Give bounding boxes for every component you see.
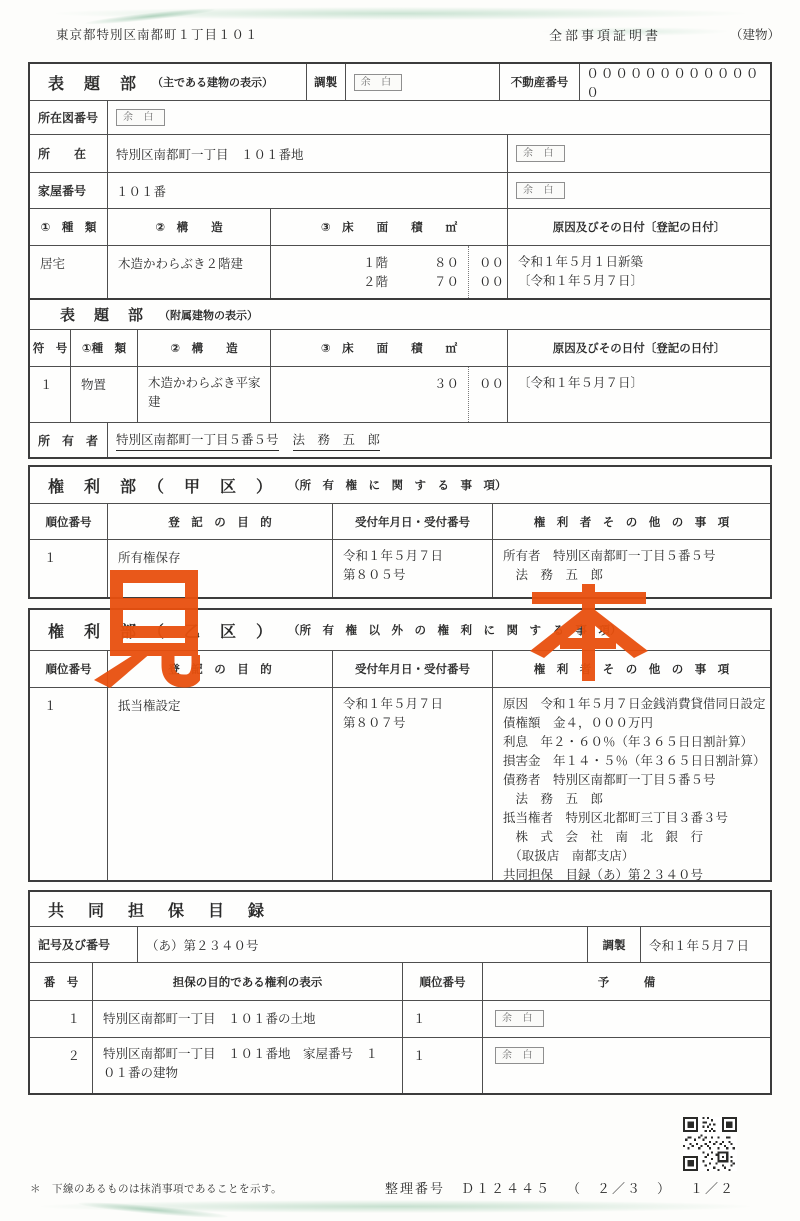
col-type: ①種 類 <box>70 330 137 366</box>
annex-floor-area-cell: ３０ ００ <box>270 367 507 422</box>
registration-purpose: 所有権保存 <box>107 540 332 597</box>
location-row: 所 在 特別区南都町一丁目 １０１番地 余 白 <box>30 134 770 172</box>
col-structure: ② 構 造 <box>107 209 270 245</box>
col-rank: 順位番号 <box>402 963 482 1000</box>
holder-details: 原因 令和１年５月７日金銭消費貸借同日設定 債権額 金４，０００万円 利息 年２… <box>492 688 770 880</box>
reserve-cell: 余 白 <box>482 1038 770 1093</box>
floor-area-int: ８０ <box>388 254 469 273</box>
column-header-row: 順位番号 登 記 の 目 的 受付年月日・受付番号 権 利 者 そ の 他 の … <box>30 650 770 687</box>
col-number: 番 号 <box>30 963 92 1000</box>
rank-number: １ <box>30 688 107 880</box>
scan-artifact <box>85 6 215 27</box>
title-row: 表 題 部 （主である建物の表示） 調製 余 白 不動産番号 ０００００００００… <box>30 64 770 100</box>
section-heading-note: （主である建物の表示） <box>152 74 273 90</box>
section-heading-cell: 表 題 部 （主である建物の表示） <box>30 64 306 100</box>
rank-number: １ <box>402 1001 482 1037</box>
col-purpose: 登 記 の 目 的 <box>107 651 332 687</box>
owner-name: 法 務 五 郎 <box>293 430 381 451</box>
chousei-label: 調製 <box>306 64 345 100</box>
entry-number: ２ <box>30 1038 92 1093</box>
floor-label: ２階 <box>363 273 388 292</box>
right-display: 特別区南都町一丁目 １０１番地 家屋番号 １ ０１番の建物 <box>92 1038 402 1093</box>
floor-label: １階 <box>363 254 388 273</box>
owner-label: 所 有 者 <box>30 423 107 457</box>
col-purpose: 登 記 の 目 的 <box>107 504 332 539</box>
title-section-table: 表 題 部 （主である建物の表示） 調製 余 白 不動産番号 ０００００００００… <box>28 62 772 459</box>
building-type: 居宅 <box>30 246 107 298</box>
owner-row: 所 有 者 特別区南都町一丁目５番５号 法 務 五 郎 <box>30 422 770 457</box>
annex-heading-cell: 表 題 部 （附属建物の表示） <box>30 300 770 329</box>
receipt-date-number: 令和１年５月７日 第８０５号 <box>332 540 492 597</box>
reserve-cell: 余 白 <box>482 1001 770 1037</box>
floor-area-dec: ００ <box>469 254 507 273</box>
rights-section-b-table: 権 利 部 （ 乙 区 ） （所 有 権 以 外 の 権 利 に 関 す る 事… <box>28 608 772 882</box>
section-heading: 権 利 部 （ 甲 区 ） <box>48 474 274 497</box>
floor-line: １階 ８０ ００ <box>271 246 507 273</box>
document-kind: （建物） <box>730 25 780 43</box>
page-number: １／２ <box>690 1178 735 1197</box>
annex-type: 物置 <box>70 367 137 422</box>
column-header-row: 番 号 担保の目的である権利の表示 順位番号 予 備 <box>30 962 770 1000</box>
map-number-value-cell: 余 白 <box>107 101 770 134</box>
serial-number-label: 整理番号 <box>385 1178 445 1197</box>
annex-heading-note: （附属建物の表示） <box>159 307 258 323</box>
table-row: １ 所有権保存 令和１年５月７日 第８０５号 所有者 特別区南都町一丁目５番５号… <box>30 539 770 597</box>
main-building-row: 居宅 木造かわらぶき２階建 １階 ８０ ００ ２階 ７０ ００ 令和１年５月１日… <box>30 245 770 298</box>
location-value: 特別区南都町一丁目 １０１番地 <box>107 135 507 172</box>
col-symbol: 符 号 <box>30 330 70 366</box>
col-floor-area: ③ 床 面 積 ㎡ <box>270 209 507 245</box>
decimal-rule <box>468 367 469 422</box>
certificate-page: 東京都特別区南都町１丁目１０１ 全部事項証明書 （建物） 表 題 部 （主である… <box>0 0 800 1221</box>
floor-line: ２階 ７０ ００ <box>271 273 507 292</box>
col-cause: 原因及びその日付〔登記の日付〕 <box>507 330 770 366</box>
symbol-number-row: 記号及び番号 （あ）第２３４０号 調製 令和１年５月７日 <box>30 926 770 962</box>
col-holder: 権 利 者 そ の 他 の 事 項 <box>492 651 770 687</box>
qr-code <box>683 1117 737 1171</box>
section-heading: 共 同 担 保 目 録 <box>48 898 268 921</box>
scan-artifact <box>55 7 745 20</box>
house-number-value: １０１番 <box>107 173 507 208</box>
map-number-row: 所在図番号 余 白 <box>30 100 770 134</box>
section-heading-note: （所 有 権 以 外 の 権 利 に 関 す る 事 項） <box>288 622 622 638</box>
floor-area-dec: ００ <box>469 273 507 292</box>
chousei-value-cell: 余 白 <box>345 64 499 100</box>
floor-area-int: ７０ <box>388 273 469 292</box>
col-structure: ② 構 造 <box>137 330 270 366</box>
property-address-header: 東京都特別区南都町１丁目１０１ <box>56 25 259 43</box>
title-row: 共 同 担 保 目 録 <box>30 892 770 926</box>
floor-area-cell: １階 ８０ ００ ２階 ７０ ００ <box>270 246 507 298</box>
rank-number: １ <box>30 540 107 597</box>
column-header-row: 順位番号 登 記 の 目 的 受付年月日・受付番号 権 利 者 そ の 他 の … <box>30 503 770 539</box>
annex-building-row: １ 物置 木造かわらぶき平家 建 ３０ ００ 〔令和１年５月７日〕 <box>30 366 770 422</box>
location-label: 所 在 <box>30 135 107 172</box>
table-row: １ 抵当権設定 令和１年５月７日 第８０７号 原因 令和１年５月７日金銭消費貸借… <box>30 687 770 880</box>
decimal-rule <box>468 246 469 298</box>
col-holder: 権 利 者 そ の 他 の 事 項 <box>492 504 770 539</box>
registration-cause: 令和１年５月１日新築 〔令和１年５月７日〕 <box>507 246 770 298</box>
property-number-value: ０００００００００００００ <box>579 64 770 100</box>
symbol-number-value: （あ）第２３４０号 <box>137 927 587 962</box>
property-number-label: 不動産番号 <box>499 64 579 100</box>
house-number-label: 家屋番号 <box>30 173 107 208</box>
registration-purpose: 抵当権設定 <box>107 688 332 880</box>
annex-symbol: １ <box>30 367 70 422</box>
section-heading: 権 利 部 （ 乙 区 ） <box>48 619 274 642</box>
col-type: ① 種 類 <box>30 209 107 245</box>
section-heading-note: （所 有 権 に 関 す る 事 項） <box>288 477 507 493</box>
section-heading-cell: 権 利 部 （ 乙 区 ） （所 有 権 以 外 の 権 利 に 関 す る 事… <box>30 610 770 650</box>
building-structure: 木造かわらぶき２階建 <box>107 246 270 298</box>
chousei-date: 令和１年５月７日 <box>640 927 770 962</box>
col-floor-area: ③ 床 面 積 ㎡ <box>270 330 507 366</box>
col-cause: 原因及びその日付〔登記の日付〕 <box>507 209 770 245</box>
column-header-row: ① 種 類 ② 構 造 ③ 床 面 積 ㎡ 原因及びその日付〔登記の日付〕 <box>30 208 770 245</box>
document-title: 全部事項証明書 <box>549 25 661 44</box>
col-display: 担保の目的である権利の表示 <box>92 963 402 1000</box>
col-rank: 順位番号 <box>30 504 107 539</box>
col-rank: 順位番号 <box>30 651 107 687</box>
joint-collateral-table: 共 同 担 保 目 録 記号及び番号 （あ）第２３４０号 調製 令和１年５月７日… <box>28 890 772 1095</box>
blank-stamp: 余 白 <box>516 182 565 199</box>
floor-area-int: ３０ <box>271 375 469 394</box>
table-row: １ 特別区南都町一丁目 １０１番の土地 １ 余 白 <box>30 1000 770 1037</box>
rank-number: １ <box>402 1038 482 1093</box>
col-receipt: 受付年月日・受付番号 <box>332 651 492 687</box>
floor-line: ３０ ００ <box>271 367 507 394</box>
symbol-number-label: 記号及び番号 <box>30 927 137 962</box>
owner-value-cell: 特別区南都町一丁目５番５号 法 務 五 郎 <box>107 423 770 457</box>
owner-address: 特別区南都町一丁目５番５号 <box>116 430 279 451</box>
house-number-blank-cell: 余 白 <box>507 173 770 208</box>
col-reserve: 予 備 <box>482 963 770 1000</box>
annex-registration-cause: 〔令和１年５月７日〕 <box>507 367 770 422</box>
location-blank-cell: 余 白 <box>507 135 770 172</box>
blank-stamp: 余 白 <box>516 145 565 162</box>
right-display: 特別区南都町一丁目 １０１番の土地 <box>92 1001 402 1037</box>
annex-heading: 表 題 部 <box>60 304 145 325</box>
receipt-date-number: 令和１年５月７日 第８０７号 <box>332 688 492 880</box>
house-number-row: 家屋番号 １０１番 余 白 <box>30 172 770 208</box>
annex-title-row: 表 題 部 （附属建物の表示） <box>30 298 770 329</box>
serial-number-value: Ｄ１２４４５ <box>461 1178 551 1197</box>
floor-area-dec: ００ <box>469 375 507 394</box>
annex-structure: 木造かわらぶき平家 建 <box>137 367 270 422</box>
section-heading-cell: 権 利 部 （ 甲 区 ） （所 有 権 に 関 す る 事 項） <box>30 467 770 503</box>
title-row: 権 利 部 （ 甲 区 ） （所 有 権 に 関 す る 事 項） <box>30 467 770 503</box>
col-receipt: 受付年月日・受付番号 <box>332 504 492 539</box>
blank-stamp: 余 白 <box>354 74 403 91</box>
section-heading: 表 題 部 <box>48 71 138 94</box>
rights-section-a-table: 権 利 部 （ 甲 区 ） （所 有 権 に 関 す る 事 項） 順位番号 登… <box>28 465 772 599</box>
title-row: 権 利 部 （ 乙 区 ） （所 有 権 以 外 の 権 利 に 関 す る 事… <box>30 610 770 650</box>
sheet-number: （ ２／３ ） <box>567 1178 672 1197</box>
entry-number: １ <box>30 1001 92 1037</box>
map-number-label: 所在図番号 <box>30 101 107 134</box>
blank-stamp: 余 白 <box>495 1047 544 1064</box>
annex-column-header-row: 符 号 ①種 類 ② 構 造 ③ 床 面 積 ㎡ 原因及びその日付〔登記の日付〕 <box>30 329 770 366</box>
serial-number-group: 整理番号 Ｄ１２４４５ （ ２／３ ） <box>385 1178 672 1197</box>
table-row: ２ 特別区南都町一丁目 １０１番地 家屋番号 １ ０１番の建物 １ 余 白 <box>30 1037 770 1093</box>
chousei-label: 調製 <box>587 927 640 962</box>
holder-details: 所有者 特別区南都町一丁目５番５号 法 務 五 郎 <box>492 540 770 597</box>
section-heading-cell: 共 同 担 保 目 録 <box>30 892 770 926</box>
blank-stamp: 余 白 <box>495 1010 544 1027</box>
blank-stamp: 余 白 <box>116 109 165 126</box>
footer: ＊ 下線のあるものは抹消事項であることを示す。 整理番号 Ｄ１２４４５ （ ２／… <box>28 1176 772 1206</box>
footnote: ＊ 下線のあるものは抹消事項であることを示す。 <box>30 1181 282 1196</box>
